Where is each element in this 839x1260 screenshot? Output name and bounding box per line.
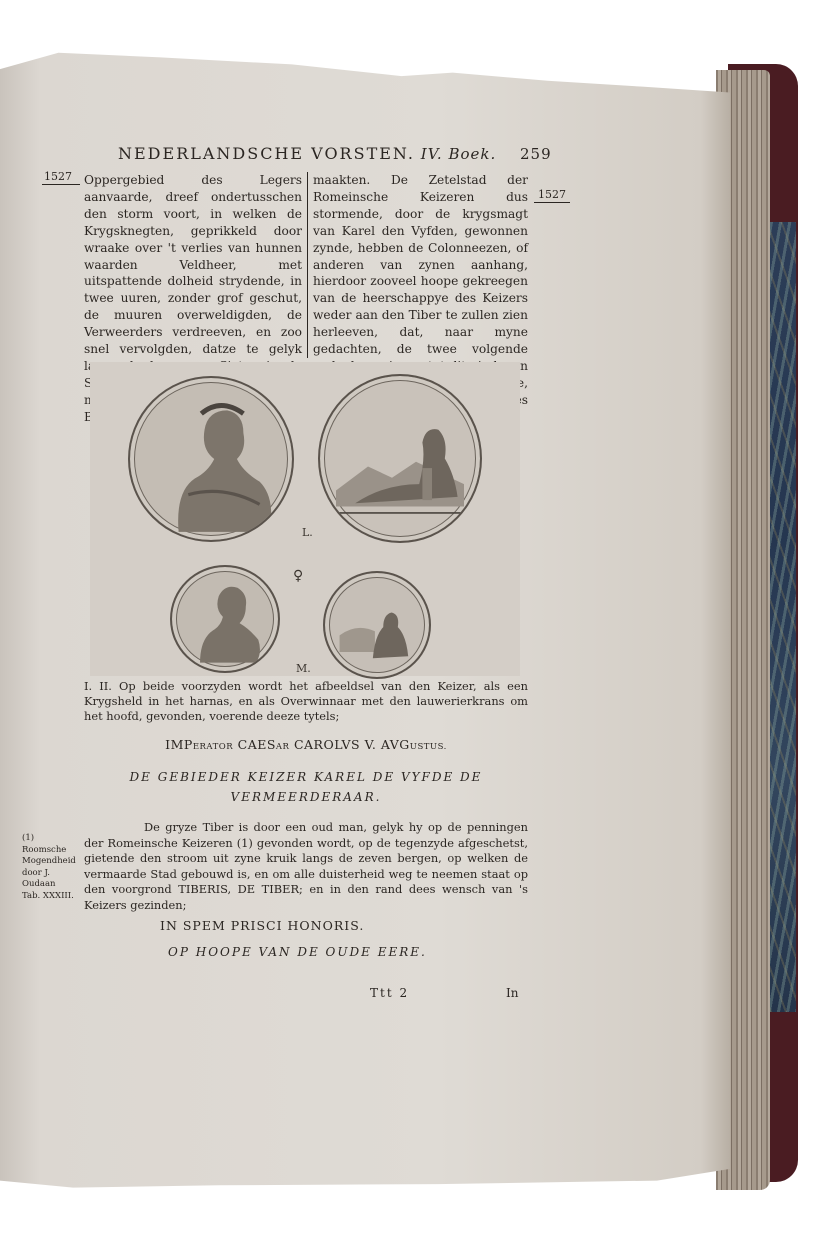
running-header: NEDERLANDSCHE VORSTEN. IV. Boek. 259 xyxy=(118,144,578,163)
page-number: 259 xyxy=(520,145,552,163)
latin-title-part: AR xyxy=(276,742,290,752)
portrait-engraving-icon xyxy=(172,567,278,671)
margin-rule-left xyxy=(42,184,80,185)
latin-title-part: USTUS. xyxy=(410,742,447,752)
margin-year-left: 1527 xyxy=(44,170,72,183)
header-book: IV. Boek. xyxy=(421,145,496,163)
engraved-plate: L. ♀ M. xyxy=(90,362,520,676)
margin-rule-right xyxy=(534,202,570,203)
plate-label-upper: L. xyxy=(302,526,313,539)
river-god-engraving-icon xyxy=(320,376,480,541)
latin-title-part: CAROLVS V. AVG xyxy=(289,737,409,752)
body-paragraph-text: De gryze Tiber is door een oud man, gely… xyxy=(84,820,528,912)
plate-label-symbol: ♀ xyxy=(293,568,303,584)
margin-year-right: 1527 xyxy=(538,188,566,201)
latin-title-part: CAES xyxy=(233,737,276,752)
latin-title: IMPERATOR CAESAR CAROLVS V. AVGUSTUS. xyxy=(84,737,528,752)
medal-charles-v-obverse-small xyxy=(170,565,280,673)
header-title: NEDERLANDSCHE VORSTEN. xyxy=(118,144,415,163)
medal-tiber-reverse-small xyxy=(323,571,431,679)
medal-charles-v-obverse xyxy=(128,376,294,542)
plate-label-lower: M. xyxy=(296,662,311,675)
marbled-board xyxy=(770,222,796,1012)
catchword: In xyxy=(506,986,518,1000)
plate-caption: I. II. Op beide voorzyden wordt het afbe… xyxy=(84,679,528,724)
body-paragraph: De gryze Tiber is door een oud man, gely… xyxy=(84,820,528,914)
latin-title-part: ERATOR xyxy=(193,742,233,752)
marginal-note: (1) Roomsche Mogendheid door J. Oudaan T… xyxy=(22,833,74,903)
dutch-title: DE GEBIEDER KEIZER KAREL DE VYFDE DE VER… xyxy=(84,767,528,807)
portrait-engraving-icon xyxy=(130,378,292,540)
signature-mark: Ttt 2 xyxy=(370,986,409,1000)
medal-tiber-reverse xyxy=(318,374,482,543)
column-divider xyxy=(307,172,308,358)
motto-latin: IN SPEM PRISCI HONORIS. xyxy=(160,918,364,933)
river-god-engraving-icon xyxy=(325,573,429,677)
latin-title-part: IMP xyxy=(165,737,193,752)
motto-dutch: OP HOOPE VAN DE OUDE EERE. xyxy=(168,945,427,959)
